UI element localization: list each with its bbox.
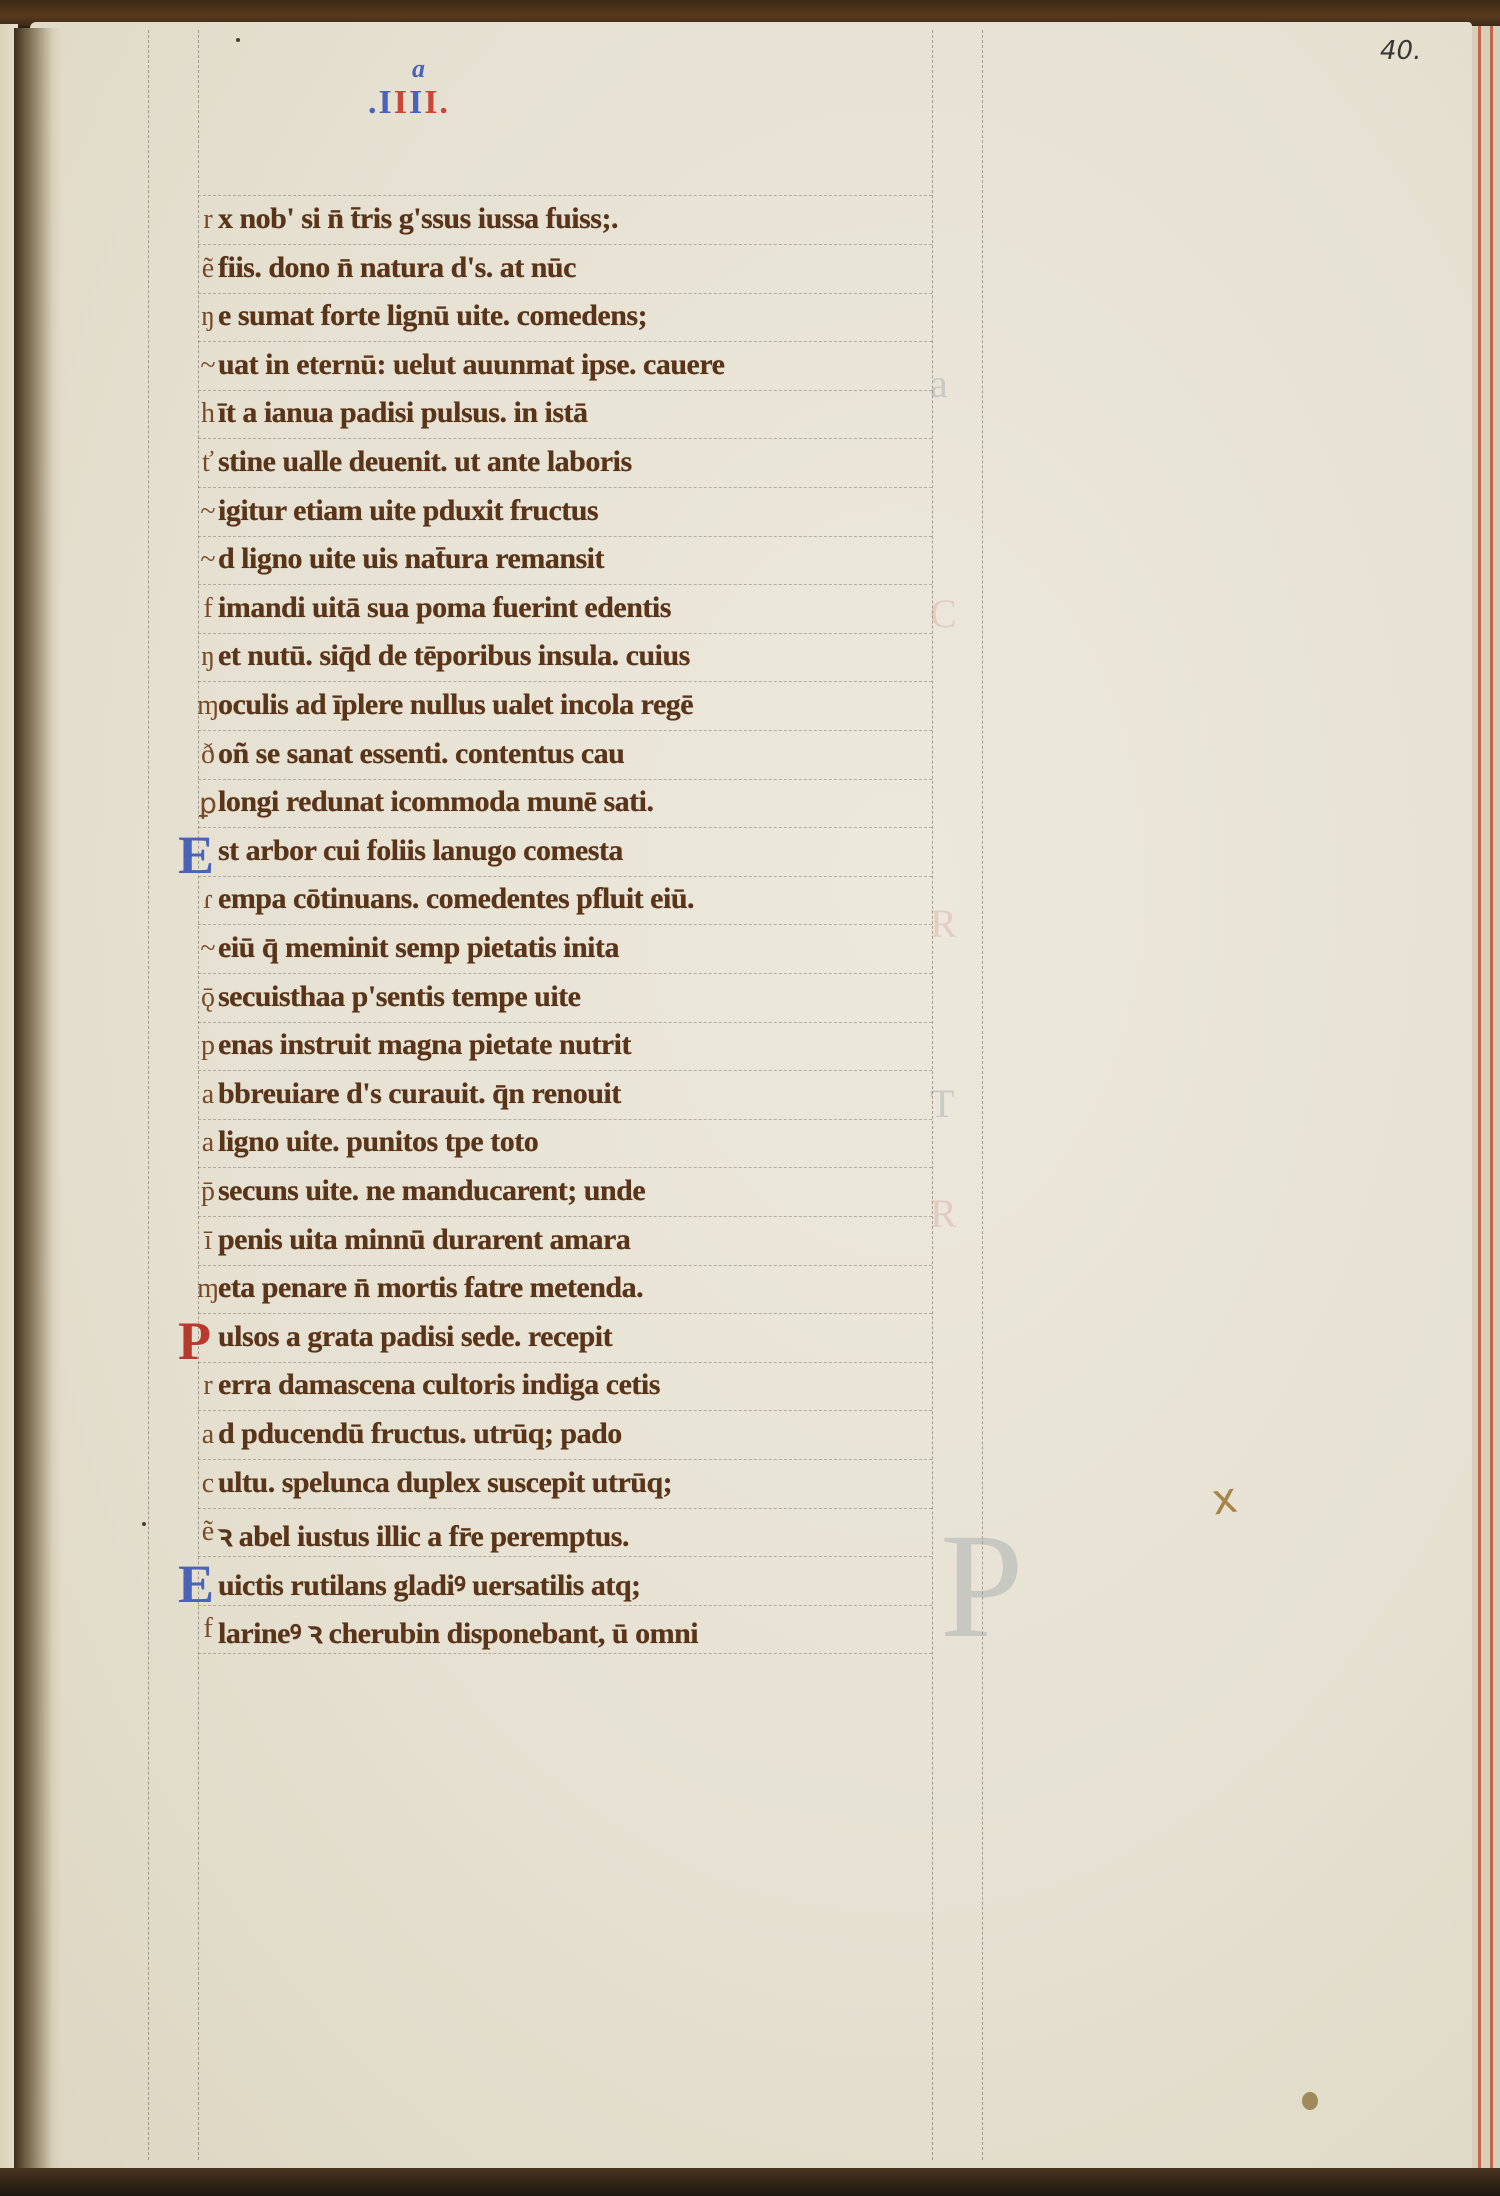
- manuscript-line: cultu. spelunca duplex suscepit utrūq;: [0, 1464, 1500, 1508]
- manuscript-line: ɾempa cōtinuans. comedentes pfluit eiū.: [0, 880, 1500, 924]
- line-text: larineꝰ ꝛ cherubin disponebant, ū omni: [218, 1611, 698, 1652]
- line-text: ulsos a grata padisi sede. recepit: [218, 1320, 612, 1354]
- manuscript-line: ~igitur etiam uite pduxit fructus: [0, 492, 1500, 536]
- line-text: ꝛ abel iustus illic a fr̄e peremptus.: [218, 1514, 629, 1555]
- line-text: d pducendū fructus. utrūq; pado: [218, 1417, 622, 1451]
- book-binding-bottom: [0, 2168, 1500, 2196]
- manuscript-line: abbreuiare d's curauit. q̄n renouit: [0, 1075, 1500, 1119]
- show-through-letter: C: [930, 590, 957, 637]
- line-text: igitur etiam uite pduxit fructus: [218, 494, 598, 528]
- line-text: imandi uitā sua poma fuerint edentis: [218, 591, 671, 625]
- manuscript-line: ꝑlongi redunat icommoda munē sati.: [0, 783, 1500, 827]
- line-text: uat in eternū: uelut auunmat ipse. cauer…: [218, 348, 724, 382]
- manuscript-line: p̄secuns uite. ne manducarent; unde: [0, 1172, 1500, 1216]
- decorated-initial: E: [178, 1553, 214, 1615]
- decorated-initial: P: [178, 1310, 211, 1372]
- manuscript-line: rx nob' si n̄ t̄ris g'ssus iussa fuiss;.: [0, 200, 1500, 244]
- line-text: eta penare n̄ mortis fatre metenda.: [218, 1271, 643, 1305]
- manuscript-line: ~uat in eternū: uelut auunmat ipse. caue…: [0, 346, 1500, 390]
- decorated-initial: E: [178, 824, 214, 886]
- line-text: empa cōtinuans. comedentes pfluit eiū.: [218, 882, 694, 916]
- manuscript-line: flarineꝰ ꝛ cherubin disponebant, ū omni: [0, 1609, 1500, 1653]
- manuscript-line: ŋe sumat forte lignū uite. comedens;: [0, 297, 1500, 341]
- manuscript-line: ťstine ualle deuenit. ut ante laboris: [0, 443, 1500, 487]
- line-text: īt a ianua padisi pulsus. in istā: [218, 396, 588, 430]
- manuscript-line: Est arbor cui foliis lanugo comesta: [0, 832, 1500, 876]
- line-text: uictis rutilans gladiꝰ uersatilis atq;: [218, 1563, 641, 1604]
- heading-part: I.: [424, 84, 450, 121]
- show-through-letter: T: [930, 1080, 954, 1127]
- manuscript-line: hīt a ianua padisi pulsus. in istā: [0, 394, 1500, 438]
- line-text: longi redunat icommoda munē sati.: [218, 785, 653, 819]
- manuscript-line: rerra damascena cultoris indiga cetis: [0, 1366, 1500, 1410]
- show-through-letter: R: [930, 1190, 957, 1237]
- line-text: penis uita minnū durarent amara: [218, 1223, 630, 1257]
- line-text: bbreuiare d's curauit. q̄n renouit: [218, 1077, 621, 1111]
- manuscript-line: ẽꝛ abel iustus illic a fr̄e peremptus.: [0, 1512, 1500, 1556]
- line-text: d ligno uite uis nat̄ura remansit: [218, 542, 604, 576]
- manuscript-line: ~eiū q̄ meminit semp pietatis inita: [0, 929, 1500, 973]
- line-text: fiis. dono n̄ natura d's. at nūc: [218, 251, 576, 285]
- line-text: ligno uite. punitos tpe toto: [218, 1125, 538, 1159]
- manuscript-line: ǭsecuisthaa p'sentis tempe uite: [0, 978, 1500, 1022]
- line-text: e sumat forte lignū uite. comedens;: [218, 299, 647, 333]
- manuscript-line: Euictis rutilans gladiꝰ uersatilis atq;: [0, 1561, 1500, 1605]
- line-text: oñ se sanat essenti. contentus cau: [218, 737, 624, 771]
- manuscript-line: Pulsos a grata padisi sede. recepit: [0, 1318, 1500, 1362]
- manuscript-line: penas instruit magna pietate nutrit: [0, 1026, 1500, 1070]
- running-heading: a .IIII.: [368, 84, 450, 122]
- line-text: x nob' si n̄ t̄ris g'ssus iussa fuiss;.: [218, 202, 618, 236]
- manuscript-line: ɱoculis ad īplere nullus ualet incola re…: [0, 686, 1500, 730]
- heading-part: .I: [368, 84, 394, 121]
- show-through-letter: R: [930, 900, 957, 947]
- ink-stain: [1302, 2092, 1318, 2110]
- manuscript-line: ŋet nutū. siq̄d de tēporibus insula. cui…: [0, 637, 1500, 681]
- line-text: secuisthaa p'sentis tempe uite: [218, 980, 581, 1014]
- speck: [142, 1522, 146, 1526]
- line-text: secuns uite. ne manducarent; unde: [218, 1174, 645, 1208]
- manuscript-line: ɱeta penare n̄ mortis fatre metenda.: [0, 1269, 1500, 1313]
- heading-part: I: [409, 84, 424, 121]
- heading-superscript: a: [412, 54, 427, 84]
- show-through-letter: a: [930, 360, 948, 407]
- show-through-letter: P: [940, 1500, 1023, 1672]
- line-text: oculis ad īplere nullus ualet incola reg…: [218, 688, 693, 722]
- manuscript-line: aligno uite. punitos tpe toto: [0, 1123, 1500, 1167]
- manuscript-line: fimandi uitā sua poma fuerint edentis: [0, 589, 1500, 633]
- folio-number: 40.: [1380, 36, 1421, 66]
- line-text: et nutū. siq̄d de tēporibus insula. cuiu…: [218, 639, 690, 673]
- manuscript-line: ~d ligno uite uis nat̄ura remansit: [0, 540, 1500, 584]
- heading-part: I: [394, 84, 409, 121]
- manuscript-line: ad pducendū fructus. utrūq; pado: [0, 1415, 1500, 1459]
- speck: [236, 38, 240, 42]
- line-text: erra damascena cultoris indiga cetis: [218, 1368, 660, 1402]
- manuscript-line: īpenis uita minnū durarent amara: [0, 1221, 1500, 1265]
- manuscript-line: ẽfiis. dono n̄ natura d's. at nūc: [0, 249, 1500, 293]
- manuscript-line: ðoñ se sanat essenti. contentus cau: [0, 735, 1500, 779]
- line-text: st arbor cui foliis lanugo comesta: [218, 834, 623, 868]
- line-text: stine ualle deuenit. ut ante laboris: [218, 445, 632, 479]
- line-text: ultu. spelunca duplex suscepit utrūq;: [218, 1466, 672, 1500]
- line-text: enas instruit magna pietate nutrit: [218, 1028, 631, 1062]
- line-text: eiū q̄ meminit semp pietatis inita: [218, 931, 619, 965]
